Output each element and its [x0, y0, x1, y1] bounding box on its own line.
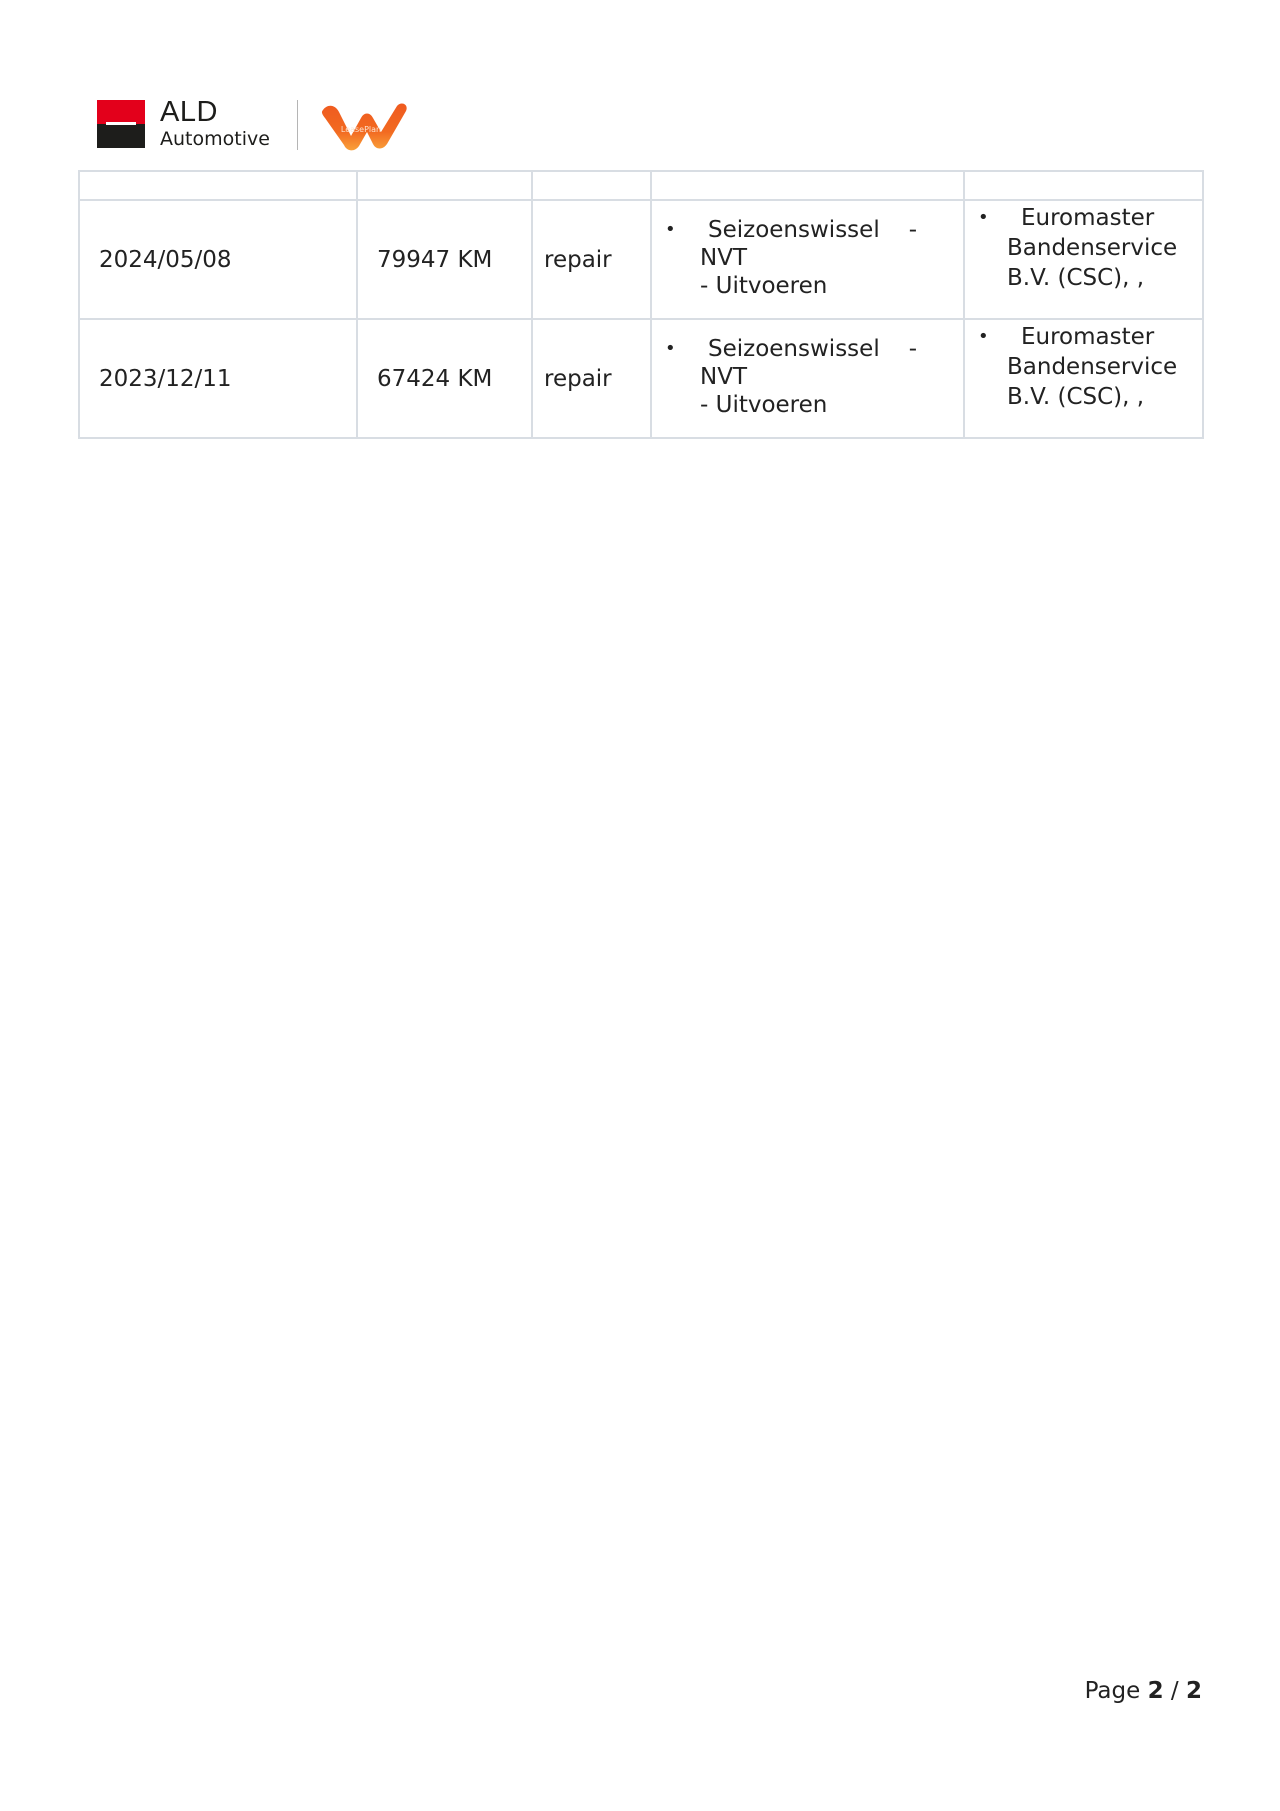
work-cell: • Seizoenswissel - NVT - Uitvoeren	[651, 319, 964, 438]
page-number: Page 2 / 2	[1085, 1678, 1202, 1704]
bullet-icon: •	[665, 335, 676, 363]
bullet-icon: •	[978, 322, 989, 352]
mileage-cell: 79947 KM	[357, 200, 532, 319]
ald-logo-mark-icon	[97, 100, 145, 148]
table-row: 2024/05/08 79947 KM repair • Seizoenswis…	[79, 200, 1203, 319]
table-header-cell	[964, 171, 1203, 200]
type-cell: repair	[532, 319, 651, 438]
date-cell: 2023/12/11	[79, 319, 357, 438]
supplier-cell: • Euromaster Bandenservice B.V. (CSC), ,	[964, 200, 1203, 319]
supplier-line: Euromaster	[1013, 322, 1202, 352]
work-line: - Uitvoeren	[700, 391, 963, 419]
supplier-cell: • Euromaster Bandenservice B.V. (CSC), ,	[964, 319, 1203, 438]
ald-logo-text: ALD Automotive	[160, 98, 270, 149]
supplier-line: B.V. (CSC), ,	[1007, 382, 1202, 412]
header-logos: ALD Automotive LeasePlan	[97, 98, 427, 152]
total-pages: 2	[1186, 1678, 1202, 1704]
table-header-cell	[651, 171, 964, 200]
supplier-line: Bandenservice	[1007, 233, 1202, 263]
table-row: 2023/12/11 67424 KM repair • Seizoenswis…	[79, 319, 1203, 438]
work-line: NVT	[700, 244, 963, 272]
supplier-line: B.V. (CSC), ,	[1007, 263, 1202, 293]
page-separator: /	[1171, 1678, 1179, 1704]
work-line: -	[909, 335, 917, 363]
page-label: Page	[1085, 1678, 1141, 1704]
work-line: Seizoenswissel	[700, 216, 880, 244]
date-cell: 2024/05/08	[79, 200, 357, 319]
work-line: -	[909, 216, 917, 244]
leaseplan-logo-icon: LeasePlan	[317, 98, 411, 152]
bullet-icon: •	[665, 216, 676, 244]
svg-text:LeasePlan: LeasePlan	[341, 125, 381, 134]
ald-logo-subtitle: Automotive	[160, 130, 270, 149]
maintenance-history-table: 2024/05/08 79947 KM repair • Seizoenswis…	[78, 170, 1204, 439]
work-cell: • Seizoenswissel - NVT - Uitvoeren	[651, 200, 964, 319]
work-line: Seizoenswissel	[700, 335, 880, 363]
current-page: 2	[1148, 1678, 1164, 1704]
table-header-cell	[79, 171, 357, 200]
table-header-row	[79, 171, 1203, 200]
supplier-line: Euromaster	[1013, 203, 1202, 233]
bullet-icon: •	[978, 203, 989, 233]
ald-logo-name: ALD	[160, 98, 270, 128]
work-line: NVT	[700, 363, 963, 391]
supplier-line: Bandenservice	[1007, 352, 1202, 382]
work-line: - Uitvoeren	[700, 272, 963, 300]
table-header-cell	[532, 171, 651, 200]
mileage-cell: 67424 KM	[357, 319, 532, 438]
logo-divider	[297, 100, 298, 150]
table-header-cell	[357, 171, 532, 200]
type-cell: repair	[532, 200, 651, 319]
